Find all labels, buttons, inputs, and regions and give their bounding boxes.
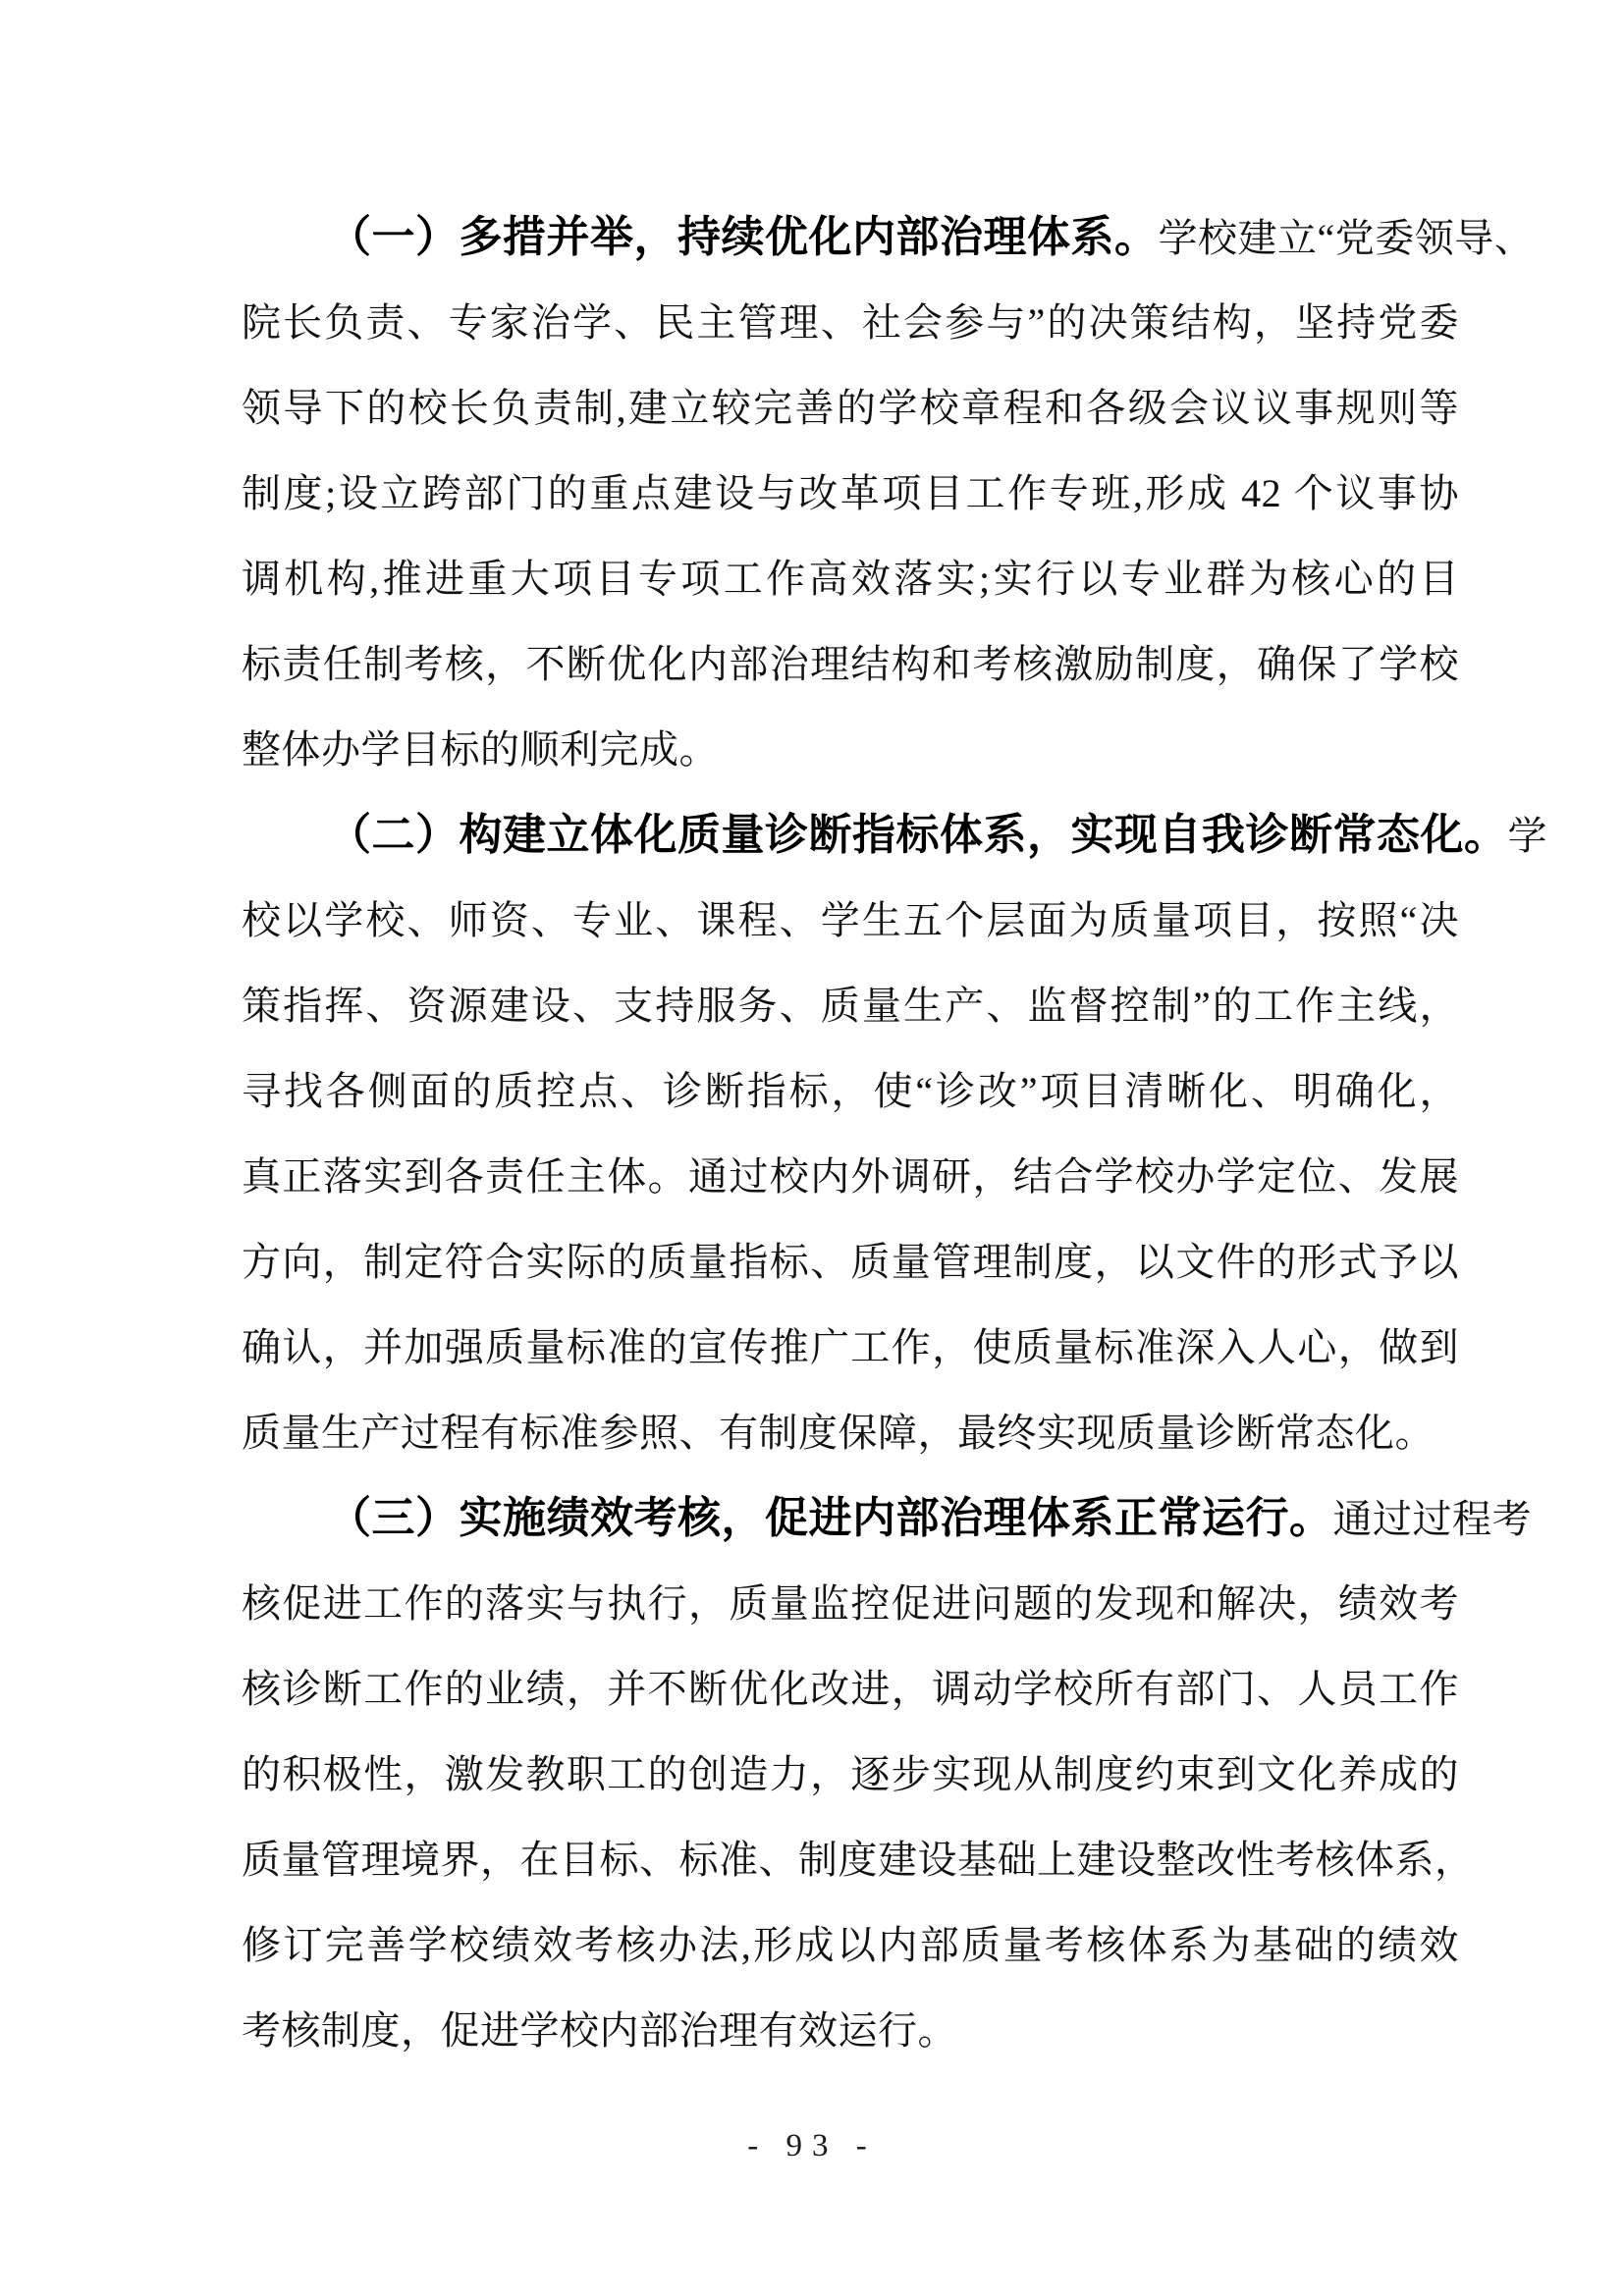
text-line: 校以学校、师资、专业、课程、学生五个层面为质量项目，按照“决 — [242, 878, 1459, 963]
paragraph: （一）多措并举，持续优化内部治理体系。学校建立“党委领导、院长负责、专家治学、民… — [242, 194, 1459, 792]
text-line: 修订完善学校绩效考核办法,形成以内部质量考核体系为基础的绩效 — [242, 1902, 1459, 1988]
text-line: 制度;设立跨部门的重点建设与改革项目工作专班,形成 42 个议事协 — [242, 451, 1459, 536]
text-line: 考核制度，促进学校内部治理有效运行。 — [242, 1988, 1459, 2073]
text-line: 方向，制定符合实际的质量指标、质量管理制度，以文件的形式予以 — [242, 1219, 1459, 1305]
text-line: 的积极性，激发教职工的创造力，逐步实现从制度约束到文化养成的 — [242, 1732, 1459, 1817]
text-line: 领导下的校长负责制,建立较完善的学校章程和各级会议议事规则等 — [242, 365, 1459, 451]
paragraph-body-start: 通过过程考 — [1333, 1497, 1533, 1541]
document-page: （一）多措并举，持续优化内部治理体系。学校建立“党委领导、院长负责、专家治学、民… — [0, 0, 1624, 2296]
text-line: 确认，并加强质量标准的宣传推广工作，使质量标准深入人心，做到 — [242, 1305, 1459, 1390]
text-line: 标责任制考核，不断优化内部治理结构和考核激励制度，确保了学校 — [242, 621, 1459, 707]
paragraph: （二）构建立体化质量诊断指标体系，实现自我诊断常态化。学校以学校、师资、专业、课… — [242, 792, 1459, 1475]
text-line: 质量生产过程有标准参照、有制度保障，最终实现质量诊断常态化。 — [242, 1390, 1459, 1475]
document-content: （一）多措并举，持续优化内部治理体系。学校建立“党委领导、院长负责、专家治学、民… — [242, 194, 1459, 2073]
paragraph-heading: （一）多措并举，持续优化内部治理体系。 — [328, 213, 1159, 261]
paragraph-heading: （二）构建立体化质量诊断指标体系，实现自我诊断常态化。 — [328, 811, 1508, 859]
text-line: （三）实施绩效考核，促进内部治理体系正常运行。通过过程考 — [242, 1475, 1459, 1561]
page-number: - 93 - — [0, 2128, 1624, 2164]
paragraph: （三）实施绩效考核，促进内部治理体系正常运行。通过过程考核促进工作的落实与执行，… — [242, 1475, 1459, 2073]
text-line: （二）构建立体化质量诊断指标体系，实现自我诊断常态化。学 — [242, 792, 1459, 878]
text-line: 核促进工作的落实与执行，质量监控促进问题的发现和解决，绩效考 — [242, 1561, 1459, 1646]
text-line: 寻找各侧面的质控点、诊断指标，使“诊改”项目清晰化、明确化， — [242, 1048, 1459, 1134]
text-line: 质量管理境界，在目标、标准、制度建设基础上建设整改性考核体系， — [242, 1817, 1459, 1902]
text-line: 整体办学目标的顺利完成。 — [242, 707, 1459, 792]
text-line: 院长负责、专家治学、民主管理、社会参与”的决策结构，坚持党委 — [242, 280, 1459, 365]
text-line: 核诊断工作的业绩，并不断优化改进，调动学校所有部门、人员工作 — [242, 1646, 1459, 1732]
text-line: 策指挥、资源建设、支持服务、质量生产、监督控制”的工作主线， — [242, 963, 1459, 1048]
paragraph-heading: （三）实施绩效考核，促进内部治理体系正常运行。 — [328, 1494, 1333, 1542]
text-line: （一）多措并举，持续优化内部治理体系。学校建立“党委领导、 — [242, 194, 1459, 280]
text-line: 调机构,推进重大项目专项工作高效落实;实行以专业群为核心的目 — [242, 536, 1459, 621]
paragraph-body-start: 学校建立“党委领导、 — [1159, 216, 1535, 260]
paragraph-body-start: 学 — [1508, 814, 1548, 858]
text-line: 真正落实到各责任主体。通过校内外调研，结合学校办学定位、发展 — [242, 1134, 1459, 1219]
